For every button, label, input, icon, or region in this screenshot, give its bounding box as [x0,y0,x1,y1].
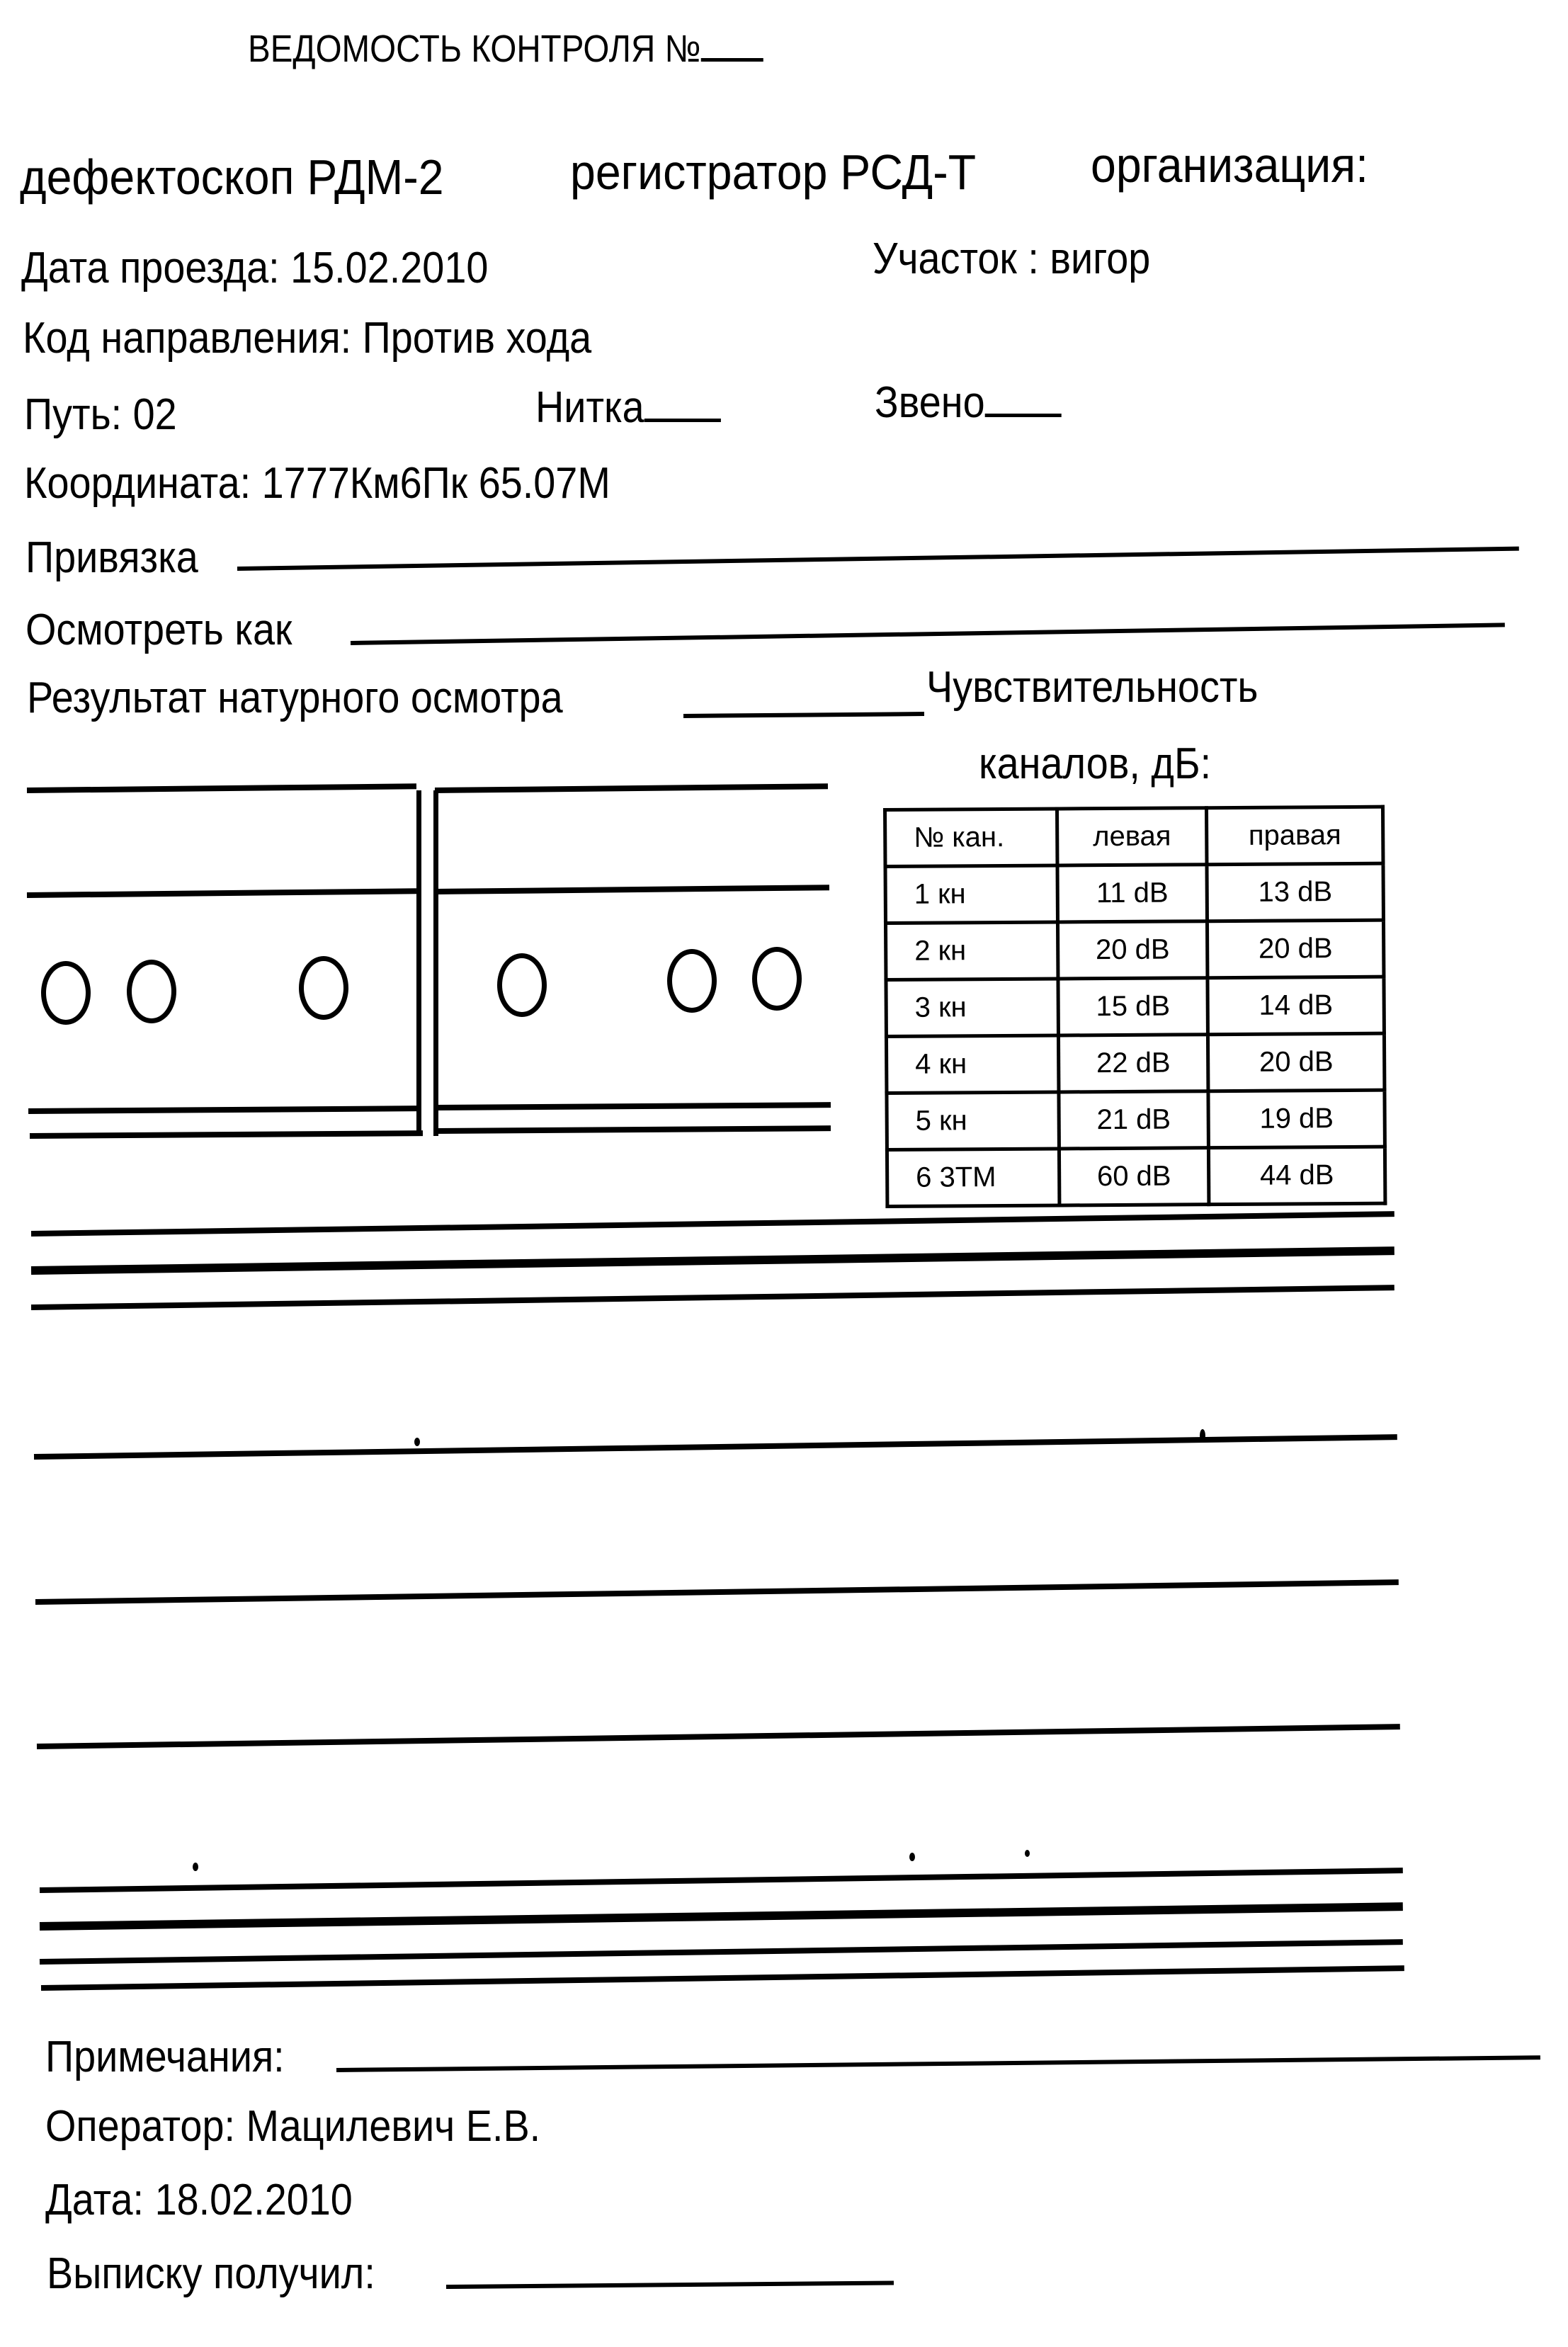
right-rail-base-bottom [438,1125,831,1134]
link-blank[interactable] [985,414,1062,417]
right-value-cell: 13 dB [1207,863,1383,921]
speck [193,1863,198,1871]
direction-code: Код направления: Против хода [23,317,591,360]
strip-line [40,1868,1403,1893]
rail-thread-blank[interactable] [644,419,721,422]
bolt-hole-icon [667,949,717,1013]
strip-line [34,1434,1397,1460]
right-value-cell: 44 dB [1209,1147,1385,1205]
notes-blank-line[interactable] [336,2055,1540,2072]
left-rail-end [416,790,421,1133]
right-rail-base-top [438,1102,831,1110]
table-row: 3 кн 15 dB 14 dB [886,977,1384,1036]
flaw-detector-label: дефектоскоп РДМ-2 [20,152,444,202]
section: Участок : вигор [873,237,1150,281]
bolt-hole-icon [299,956,348,1020]
sensitivity-title-line2: каналов, дБ: [979,742,1211,786]
strip-line [37,1724,1400,1749]
bolt-hole-icon [752,947,802,1011]
left-value-cell: 15 dB [1058,978,1208,1035]
table-row: 4 кн 22 dB 20 dB [886,1033,1384,1093]
table-row: 2 кн 20 dB 20 dB [885,920,1383,979]
left-value-cell: 21 dB [1059,1091,1209,1149]
recorder-label: регистратор РСД-Т [570,147,976,197]
left-rail-head-top [27,783,416,793]
left-value-cell: 22 dB [1058,1035,1208,1092]
channel-cell: 1 кн [885,865,1057,923]
column-header: № кан. [885,809,1057,866]
bolt-hole-icon [41,961,91,1025]
received-label: Выписку получил: [47,2252,375,2296]
coordinate: Координата: 1777Км6Пк 65.07М [24,462,610,506]
column-header: правая [1207,807,1383,865]
strip-line [40,1939,1403,1965]
track: Путь: 02 [24,393,177,437]
rail-thread-field: Нитка [535,386,721,430]
strip-line [31,1211,1394,1237]
right-rail-head-bottom [436,885,829,894]
strip-line [40,1902,1403,1931]
strip-line [31,1246,1394,1275]
left-rail-base-top [28,1106,418,1114]
right-value-cell: 14 dB [1208,977,1384,1035]
speck [1200,1429,1205,1442]
pass-date: Дата проезда: 15.02.2010 [21,246,488,290]
inspect-as-blank-line[interactable] [351,623,1505,645]
left-value-cell: 11 dB [1057,865,1208,922]
speck [414,1438,420,1446]
document-number-blank[interactable] [700,58,763,62]
binding-blank-line[interactable] [237,547,1519,571]
right-value-cell: 19 dB [1208,1090,1385,1148]
sensitivity-table: № кан. левая правая 1 кн 11 dB 13 dB 2 к… [883,805,1387,1208]
channel-cell: 2 кн [885,922,1057,979]
signature-date: Дата: 18.02.2010 [45,2178,353,2222]
link-field: Звено [875,381,1062,425]
speck [909,1853,915,1861]
document-title: ВЕДОМОСТЬ КОНТРОЛЯ № [248,30,763,68]
inspection-result-blank-line[interactable] [683,712,924,718]
speck [1025,1850,1030,1857]
left-rail-base-bottom [30,1130,423,1139]
bolt-hole-icon [127,960,176,1023]
right-rail-head-top [435,783,828,793]
right-value-cell: 20 dB [1208,1033,1385,1091]
right-value-cell: 20 dB [1208,920,1384,978]
table-row: 6 3ТМ 60 dB 44 dB [887,1147,1385,1206]
left-value-cell: 60 dB [1059,1148,1209,1205]
inspection-result-label: Результат натурного осмотра [27,676,563,720]
inspect-as-label: Осмотреть как [25,608,292,652]
left-rail-head-bottom [27,888,416,898]
column-header: левая [1057,808,1208,865]
left-value-cell: 20 dB [1057,921,1208,979]
operator: Оператор: Мацилевич Е.В. [45,2105,540,2149]
right-rail-end [433,790,438,1136]
sensitivity-title-line1: Чувствительность [926,666,1259,710]
channel-cell: 5 кн [887,1092,1059,1149]
link-label: Звено [875,378,985,427]
strip-line [31,1285,1394,1310]
received-blank-line[interactable] [446,2280,894,2289]
binding-label: Привязка [25,536,198,580]
table-row: 1 кн 11 dB 13 dB [885,863,1383,923]
strip-line [41,1965,1404,1991]
table-header-row: № кан. левая правая [885,807,1383,866]
table-row: 5 кн 21 dB 19 dB [887,1090,1385,1149]
document-title-text: ВЕДОМОСТЬ КОНТРОЛЯ № [248,28,700,70]
bolt-hole-icon [497,953,547,1017]
channel-cell: 4 кн [886,1035,1058,1093]
rail-thread-label: Нитка [535,383,644,432]
channel-cell: 6 3ТМ [887,1149,1059,1206]
notes-label: Примечания: [45,2035,285,2079]
strip-line [35,1579,1399,1605]
channel-cell: 3 кн [886,979,1058,1036]
organization-label: организация: [1091,140,1368,190]
